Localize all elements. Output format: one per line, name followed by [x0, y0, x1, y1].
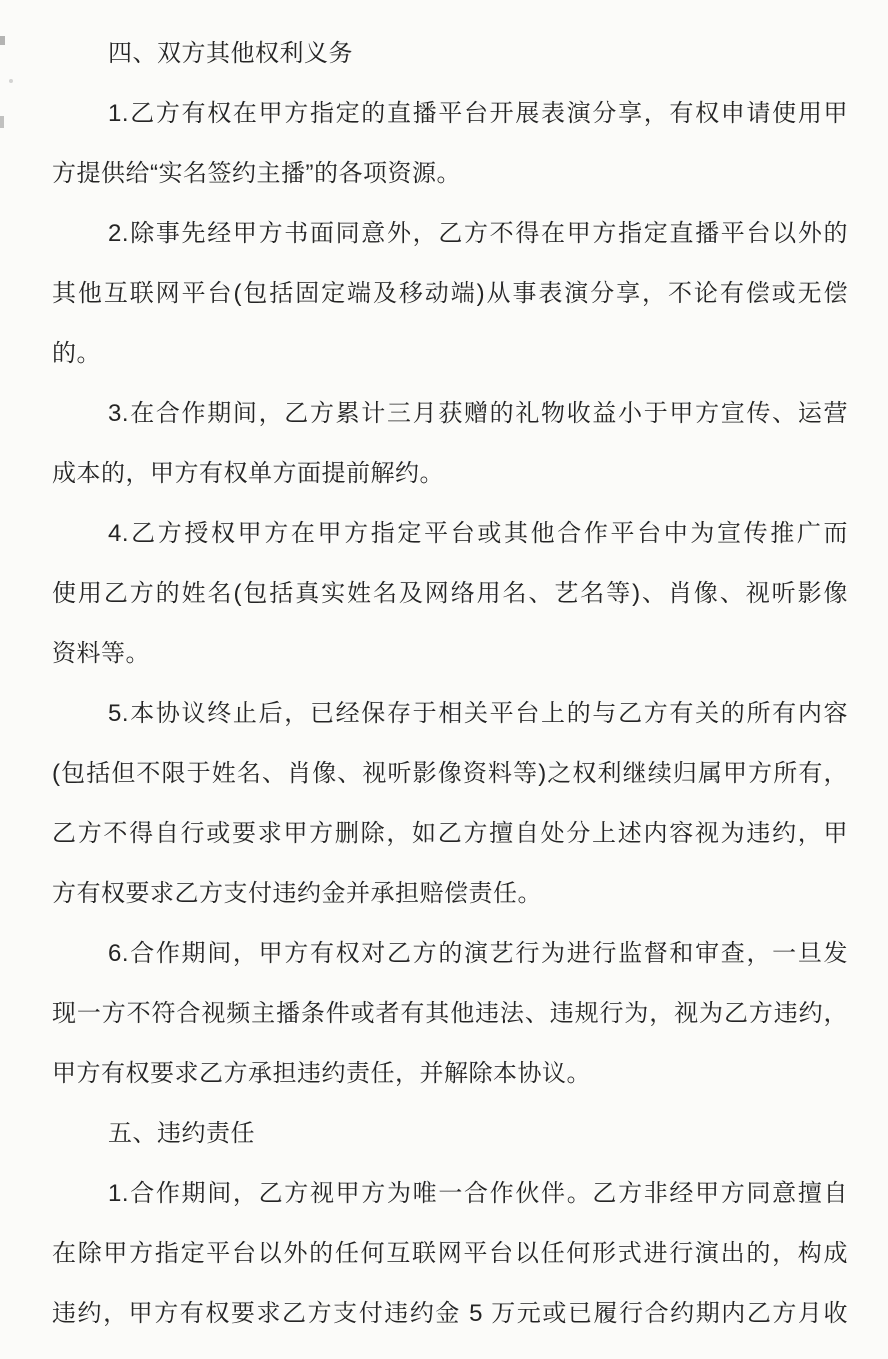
- clause-4-2-line-2: 其他互联网平台(包括固定端及移动端)从事表演分享，不论有偿或无偿: [52, 264, 848, 324]
- clause-4-6-line-3: 甲方有权要求乙方承担违约责任，并解除本协议。: [52, 1044, 848, 1104]
- clause-5-1-line-2: 在除甲方指定平台以外的任何互联网平台以任何形式进行演出的，构成: [52, 1224, 848, 1284]
- clause-5-1-line-1: 1.合作期间，乙方视甲方为唯一合作伙伴。乙方非经甲方同意擅自: [52, 1164, 848, 1224]
- scanned-contract-page: 四、双方其他权利义务 1.乙方有权在甲方指定的直播平台开展表演分享，有权申请使用…: [0, 0, 888, 1359]
- clause-4-4-line-2: 使用乙方的姓名(包括真实姓名及网络用名、艺名等)、肖像、视听影像: [52, 564, 848, 624]
- clause-4-1-line-1: 1.乙方有权在甲方指定的直播平台开展表演分享，有权申请使用甲: [52, 84, 848, 144]
- clause-4-4-line-3: 资料等。: [52, 624, 848, 684]
- clause-4-4-line-1: 4.乙方授权甲方在甲方指定平台或其他合作平台中为宣传推广而: [52, 504, 848, 564]
- contract-text-block: 四、双方其他权利义务 1.乙方有权在甲方指定的直播平台开展表演分享，有权申请使用…: [52, 24, 848, 1344]
- clause-4-2-line-1: 2.除事先经甲方书面同意外，乙方不得在甲方指定直播平台以外的: [52, 204, 848, 264]
- clause-4-3-line-1: 3.在合作期间，乙方累计三月获赠的礼物收益小于甲方宣传、运营: [52, 384, 848, 444]
- scan-artifact: [0, 116, 4, 128]
- clause-4-5-line-2: (包括但不限于姓名、肖像、视听影像资料等)之权利继续归属甲方所有，: [52, 744, 848, 804]
- clause-5-1-line-3: 违约，甲方有权要求乙方支付违约金 5 万元或已履行合约期内乙方月收: [52, 1284, 848, 1344]
- clause-4-3-line-2: 成本的，甲方有权单方面提前解约。: [52, 444, 848, 504]
- clause-4-2-line-3: 的。: [52, 324, 848, 384]
- clause-4-6-line-1: 6.合作期间，甲方有权对乙方的演艺行为进行监督和审查，一旦发: [52, 924, 848, 984]
- scan-artifact: [0, 36, 5, 45]
- clause-4-5-line-4: 方有权要求乙方支付违约金并承担赔偿责任。: [52, 864, 848, 924]
- section-heading-5: 五、违约责任: [52, 1104, 848, 1164]
- clause-4-6-line-2: 现一方不符合视频主播条件或者有其他违法、违规行为，视为乙方违约，: [52, 984, 848, 1044]
- scan-artifact: [9, 79, 13, 83]
- clause-4-5-line-3: 乙方不得自行或要求甲方删除，如乙方擅自处分上述内容视为违约，甲: [52, 804, 848, 864]
- clause-4-5-line-1: 5.本协议终止后，已经保存于相关平台上的与乙方有关的所有内容: [52, 684, 848, 744]
- clause-4-1-line-2: 方提供给“实名签约主播”的各项资源。: [52, 144, 848, 204]
- section-heading-4: 四、双方其他权利义务: [52, 24, 848, 84]
